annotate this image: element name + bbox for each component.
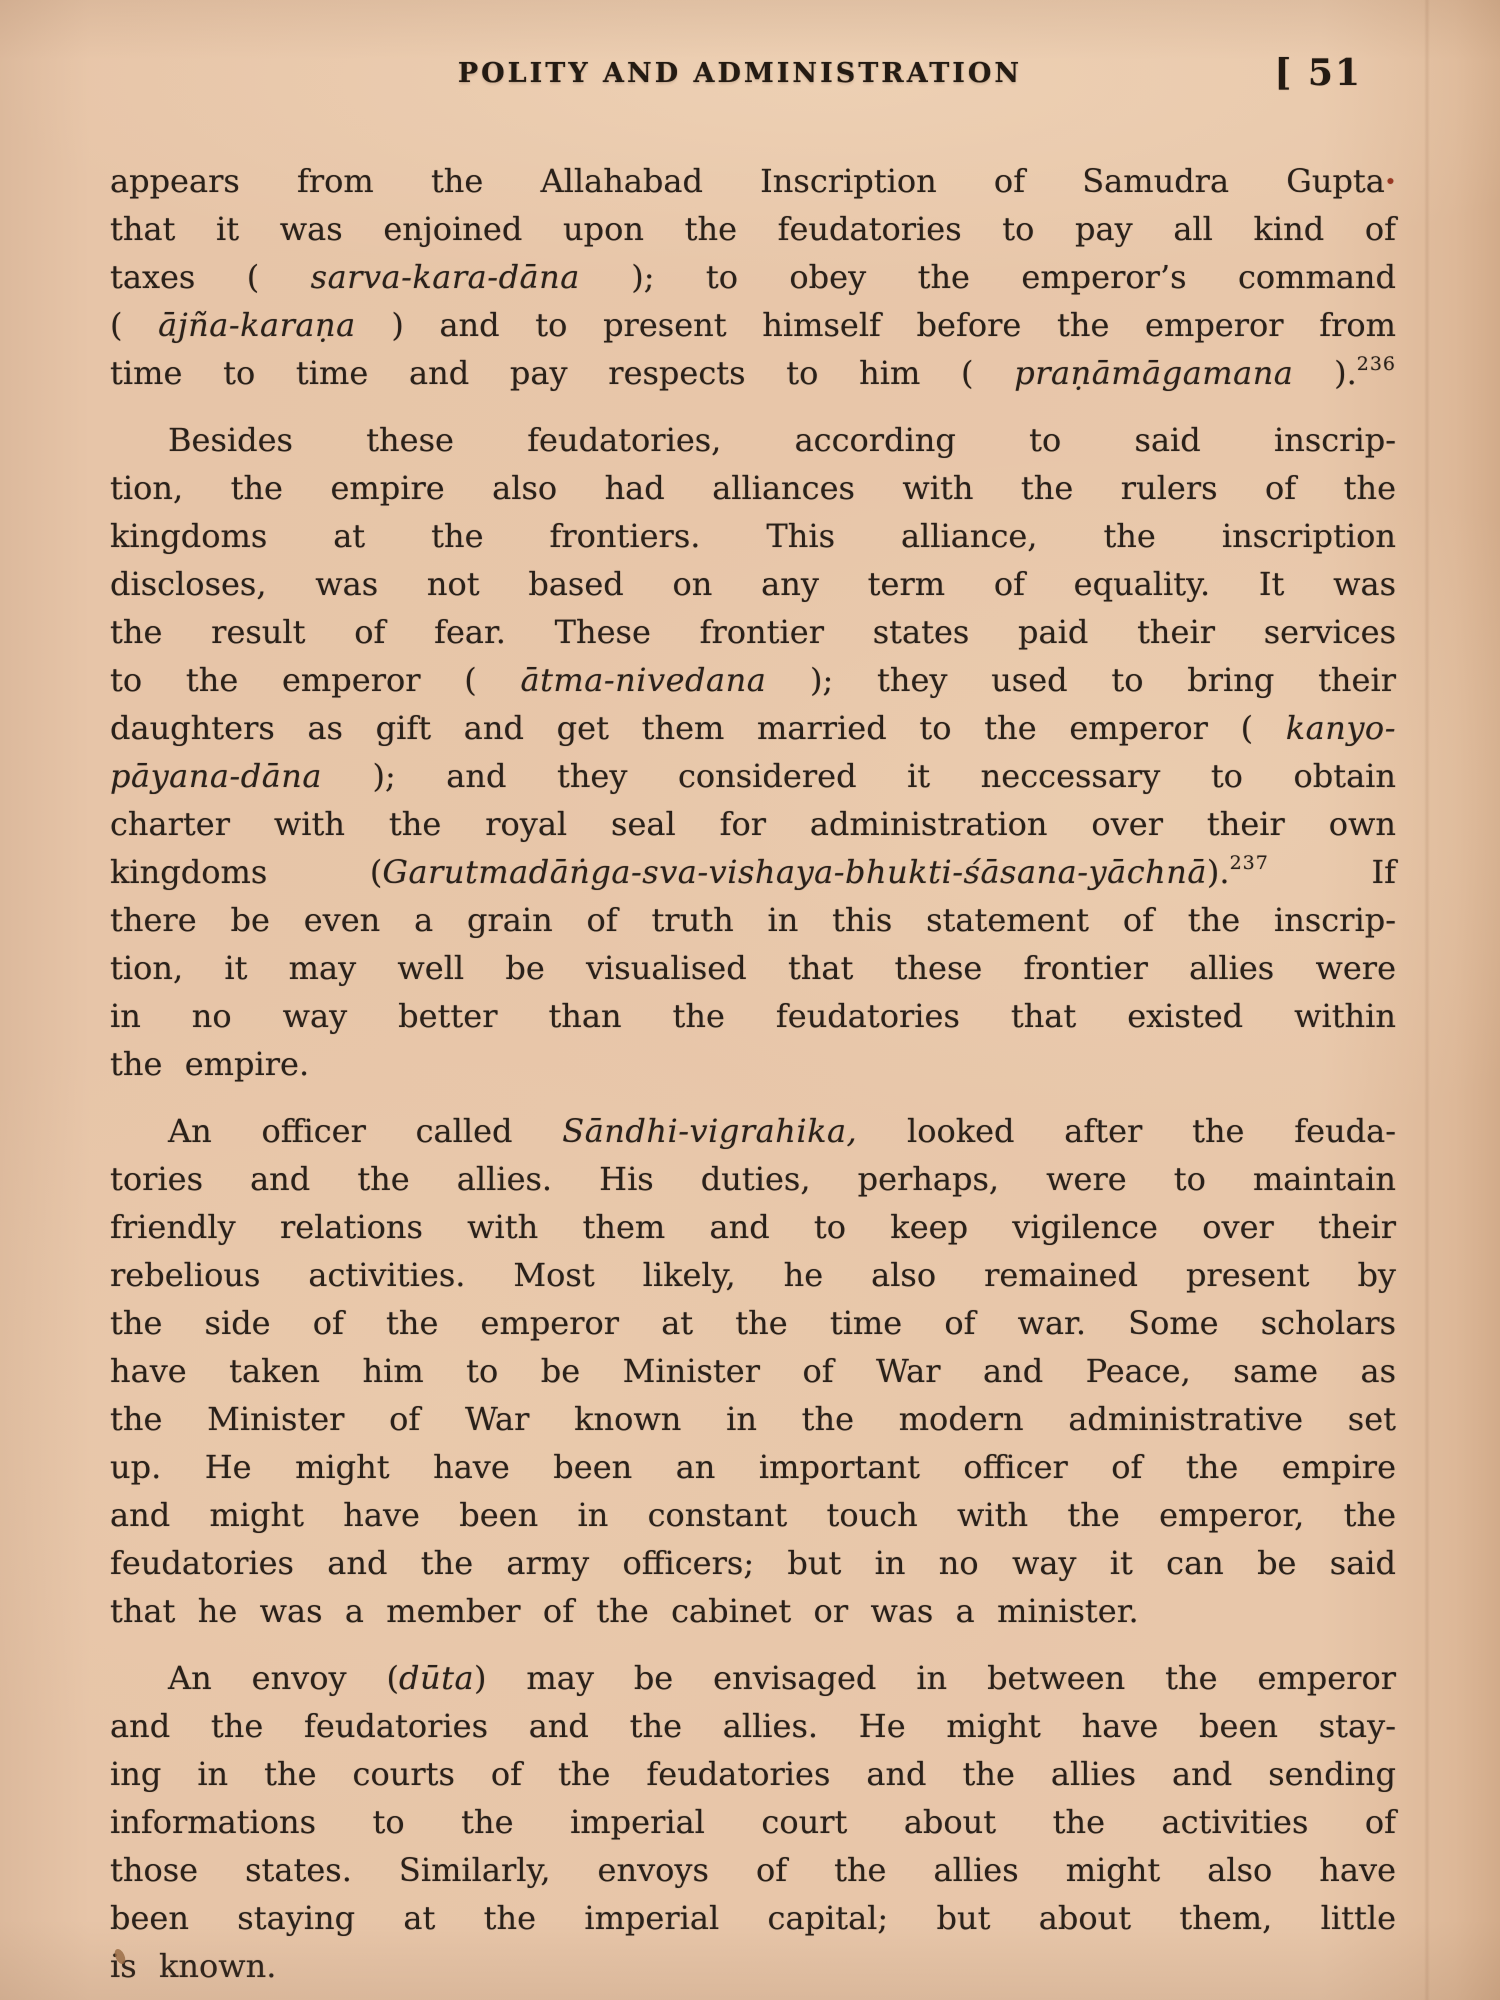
text-line: An officer called Sāndhi-vigrahika, look… (110, 1107, 1396, 1155)
italic-term: Sāndhi-vigrahika, (562, 1112, 857, 1150)
italic-term: Garutmadāṅga-sva-vishaya-bhukti-śāsana-y… (382, 853, 1207, 891)
text-line: and might have been in constant touch wi… (110, 1491, 1396, 1539)
text-line: the Minister of War known in the modern … (110, 1395, 1396, 1443)
text-line: the empire. (110, 1040, 1396, 1088)
text-line: and the feudatories and the allies. He m… (110, 1702, 1396, 1750)
paragraph: appears from the Allahabad Inscription o… (110, 157, 1396, 397)
text-line: those states. Similarly, envoys of the a… (110, 1846, 1396, 1894)
footnote-ref: 237 (1230, 852, 1269, 874)
italic-term: pāyana-dāna (110, 757, 322, 795)
italic-term: ājña-karaṇa (158, 306, 356, 344)
text-line: rebelious activities. Most likely, he al… (110, 1251, 1396, 1299)
text-line: up. He might have been an important offi… (110, 1443, 1396, 1491)
text-line: charter with the royal seal for administ… (110, 800, 1396, 848)
text-line: to the emperor ( ātma-nivedana ); they u… (110, 656, 1396, 704)
text-line: tion, the empire also had alliances with… (110, 464, 1396, 512)
paragraph: An envoy (dūta) may be envisaged in betw… (110, 1654, 1396, 1990)
text-line: feudatories and the army officers; but i… (110, 1539, 1396, 1587)
book-page: POLITY AND ADMINISTRATION [ 51 appears f… (0, 0, 1500, 2000)
paragraph: An officer called Sāndhi-vigrahika, look… (110, 1107, 1396, 1635)
italic-term: dūta (399, 1659, 474, 1697)
page-number: [ 51 (1274, 52, 1362, 94)
text-line: friendly relations with them and to keep… (110, 1203, 1396, 1251)
italic-term: ātma-nivedana (520, 661, 766, 699)
text-line: pāyana-dāna ); and they considered it ne… (110, 752, 1396, 800)
footnote-ref: 236 (1357, 353, 1396, 375)
italic-term: sarva-kara-dāna (311, 258, 580, 296)
text-line: taxes ( sarva-kara-dāna ); to obey the e… (110, 253, 1396, 301)
text-line: kingdoms at the frontiers. This alliance… (110, 512, 1396, 560)
running-title: POLITY AND ADMINISTRATION (0, 58, 1480, 89)
text-line: tories and the allies. His duties, perha… (110, 1155, 1396, 1203)
italic-term: kanyo- (1286, 709, 1396, 747)
text-line: informations to the imperial court about… (110, 1798, 1396, 1846)
text-line: An envoy (dūta) may be envisaged in betw… (110, 1654, 1396, 1702)
text-line: discloses, was not based on any term of … (110, 560, 1396, 608)
text-line: appears from the Allahabad Inscription o… (110, 157, 1396, 205)
text-line: daughters as gift and get them married t… (110, 704, 1396, 752)
text-line: Besides these feudatories, according to … (110, 416, 1396, 464)
text-line: tion, it may well be visualised that the… (110, 944, 1396, 992)
text-line: that it was enjoined upon the feudatorie… (110, 205, 1396, 253)
body-text: appears from the Allahabad Inscription o… (110, 157, 1396, 1990)
page-crease (1424, 0, 1430, 2000)
text-line: is known. (110, 1942, 1396, 1990)
text-line: that he was a member of the cabinet or w… (110, 1587, 1396, 1635)
red-ink-dot: · (1385, 162, 1396, 200)
italic-term: praṇāmāgamana (1014, 354, 1293, 392)
text-line: time to time and pay respects to him ( p… (110, 349, 1396, 397)
text-line: have taken him to be Minister of War and… (110, 1347, 1396, 1395)
text-line: there be even a grain of truth in this s… (110, 896, 1396, 944)
text-line: the result of fear. These frontier state… (110, 608, 1396, 656)
text-line: kingdoms (Garutmadāṅga-sva-vishaya-bhukt… (110, 848, 1396, 896)
text-line: the side of the emperor at the time of w… (110, 1299, 1396, 1347)
text-line: ing in the courts of the feudatories and… (110, 1750, 1396, 1798)
text-line: been staying at the imperial capital; bu… (110, 1894, 1396, 1942)
text-line: ( ājña-karaṇa ) and to present himself b… (110, 301, 1396, 349)
page-header: POLITY AND ADMINISTRATION [ 51 (0, 52, 1500, 98)
text-line: in no way better than the feudatories th… (110, 992, 1396, 1040)
paragraph: Besides these feudatories, according to … (110, 416, 1396, 1088)
